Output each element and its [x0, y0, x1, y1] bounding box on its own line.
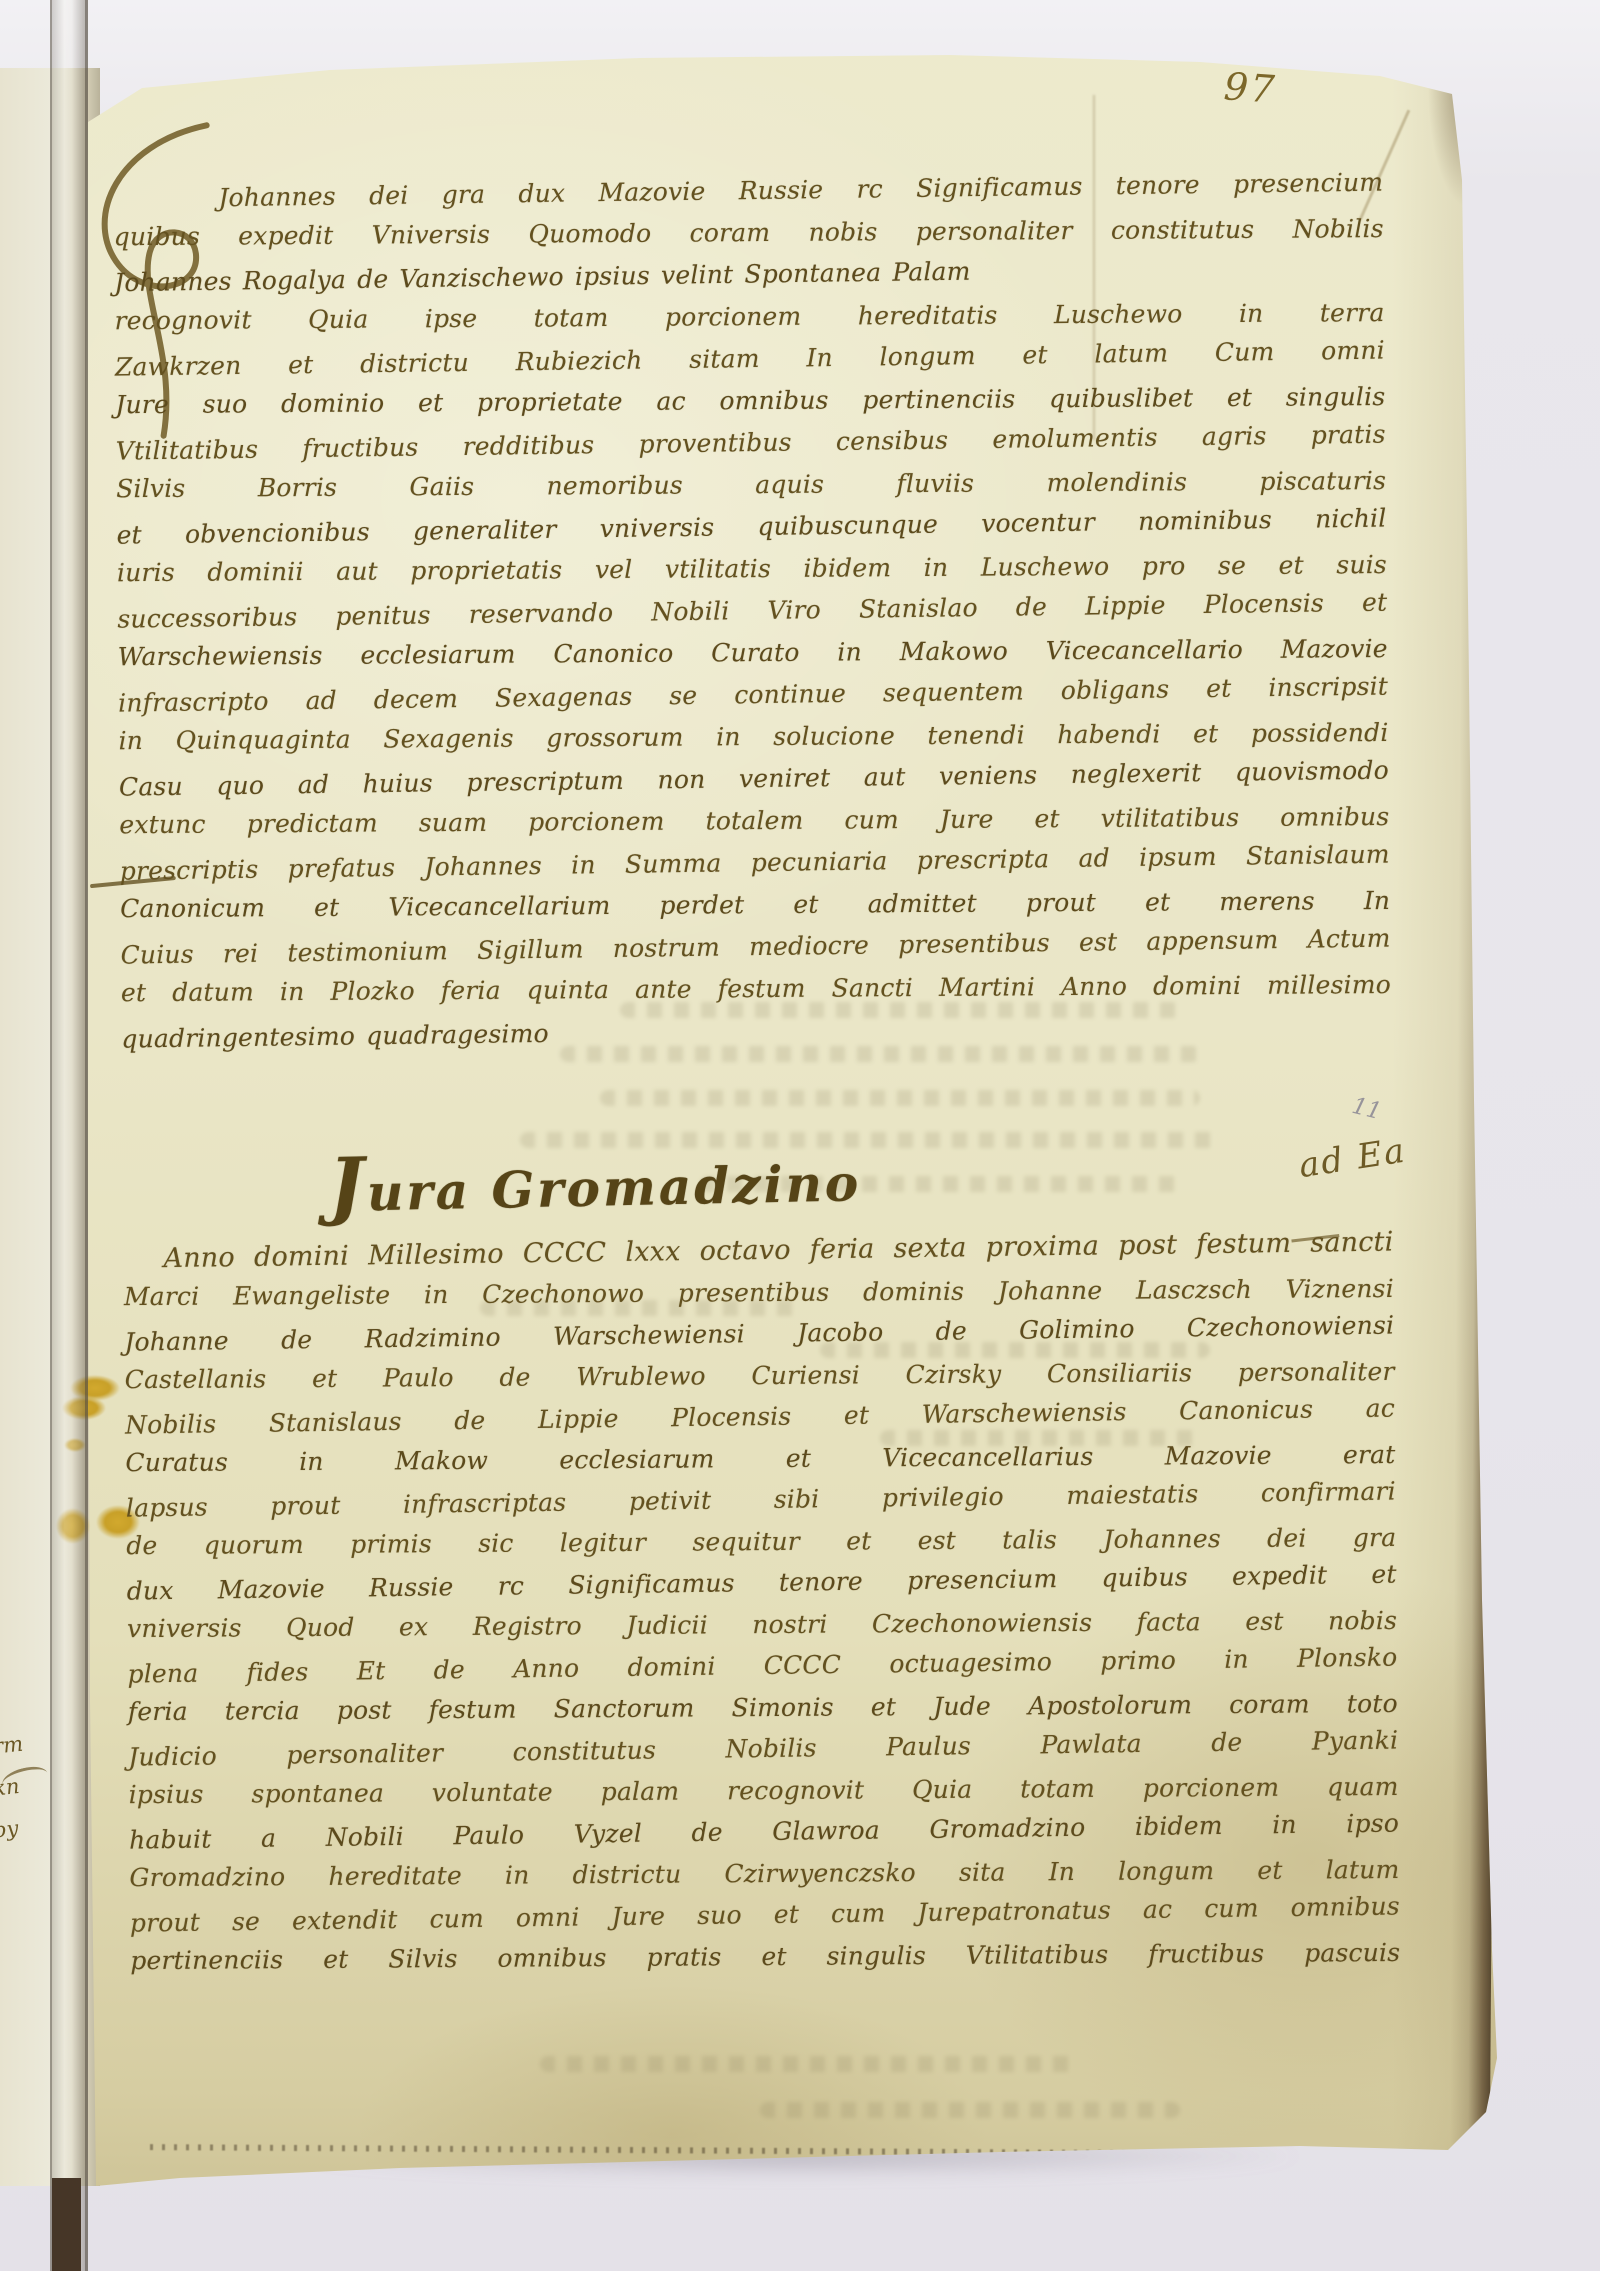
- charter-entry-2: Anno domini Millesimo CCCC lxxx octavo f…: [123, 1224, 1400, 1983]
- charter-entry-1: Johannes dei gra dux Mazovie Russie rc S…: [113, 164, 1391, 1058]
- margin-note: ad Ea: [1296, 1131, 1409, 1187]
- section-heading: Jura Gromadzino: [328, 1132, 862, 1229]
- page-number: 97: [1223, 64, 1278, 112]
- manuscript-photo: Johannes dei gra dux Mazovie Russie rc S…: [0, 0, 1600, 2271]
- manuscript-line: pertinenciis et Silvis omnibus pratis et…: [130, 1931, 1400, 1981]
- ink-layer: Johannes dei gra dux Mazovie Russie rc S…: [0, 0, 1600, 2271]
- manuscript-line: quibus expedit Vniversis Quomodo coram n…: [114, 208, 1384, 258]
- glass-strip-dark-end: [52, 2178, 81, 2271]
- glass-strip: [50, 0, 88, 2271]
- left-edge-text-fragments: rmknby: [0, 1732, 44, 1858]
- edge-text-fragment: by: [0, 1814, 46, 1861]
